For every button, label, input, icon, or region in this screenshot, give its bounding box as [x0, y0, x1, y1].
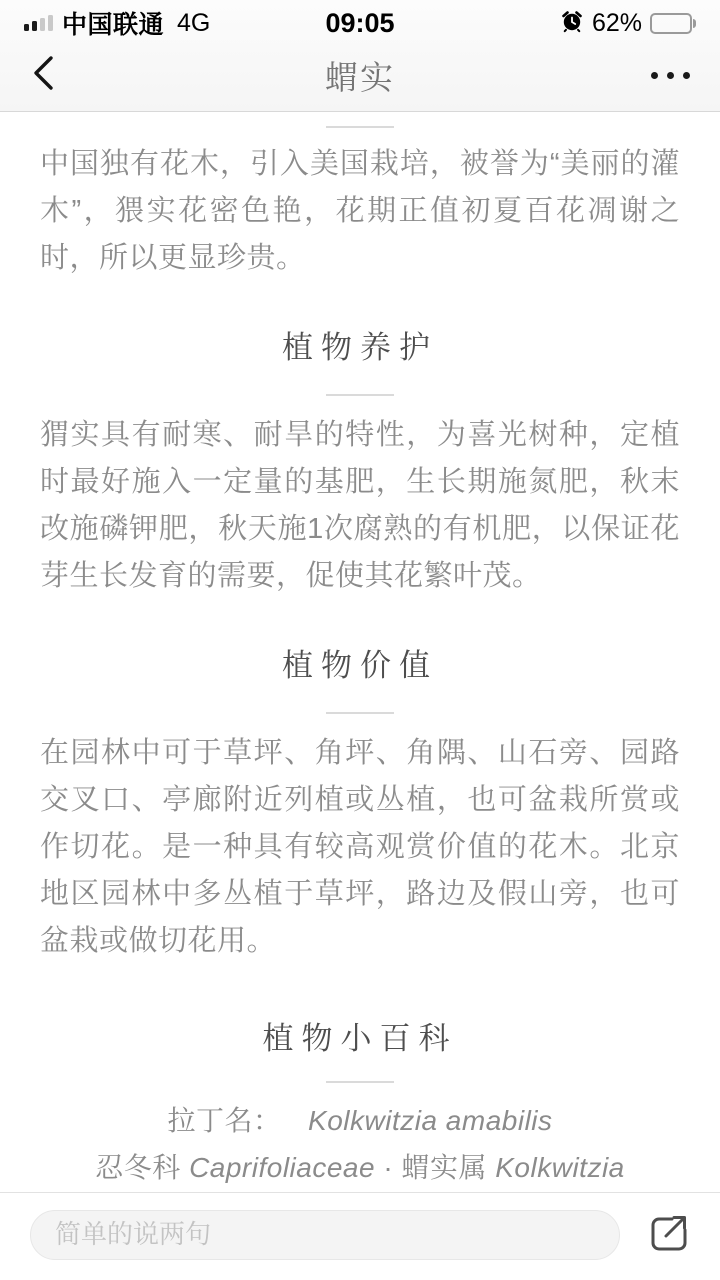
status-right: 62%: [560, 9, 696, 38]
dot-separator: ·: [383, 1152, 393, 1183]
section-heading-value: 植物价值: [40, 644, 680, 688]
genus-cn-label: 蝟实属: [401, 1152, 487, 1183]
ellipsis-icon: [651, 72, 690, 79]
status-bar: 中国联通 4G 09:05 62%: [0, 0, 720, 40]
heading-divider: [326, 1081, 394, 1083]
back-button[interactable]: [0, 44, 78, 107]
nav-bar: 蝟实: [0, 40, 720, 111]
alarm-icon: [560, 9, 584, 38]
section-divider: [326, 126, 394, 128]
network-type-label: 4G: [177, 9, 210, 38]
heading-divider: [326, 712, 394, 714]
family-cn-label: 忍冬科: [95, 1152, 181, 1183]
page-title: 蝟实: [0, 52, 720, 99]
section-heading-care: 植物养护: [40, 326, 680, 370]
latin-name-line: 拉丁名： Kolkwitzia amabilis: [40, 1097, 680, 1144]
heading-divider: [326, 394, 394, 396]
chevron-left-icon: [28, 54, 58, 97]
comment-bar: [0, 1192, 720, 1280]
genus-latin-label: Kolkwitzia: [495, 1152, 624, 1183]
battery-percent-label: 62%: [592, 9, 642, 38]
share-icon: [644, 1208, 692, 1261]
taxonomy-line: 忍冬科 Caprifoliaceae · 蝟实属 Kolkwitzia: [40, 1144, 680, 1191]
carrier-label: 中国联通: [62, 5, 164, 41]
top-chrome: 中国联通 4G 09:05 62%: [0, 0, 720, 112]
screen: 中国联通 4G 09:05 62%: [0, 0, 720, 1280]
latin-name-label: 拉丁名：: [167, 1105, 281, 1136]
section-body-care: 猬实具有耐寒、耐旱的特性，为喜光树种，定植时最好施入一定量的基肥，生长期施氮肥，…: [40, 412, 680, 600]
latin-name-value: Kolkwitzia amabilis: [308, 1105, 552, 1136]
section-body-value: 在园林中可于草坪、角坪、角隅、山石旁、园路交叉口、亭廊附近列植或丛植，也可盆栽所…: [40, 730, 680, 965]
encyclopedia-heading: 植物小百科: [40, 1017, 680, 1061]
more-button[interactable]: [621, 58, 720, 93]
family-latin-label: Caprifoliaceae: [189, 1152, 375, 1183]
status-left: 中国联通 4G: [24, 5, 210, 41]
article-content: 中国独有花木，引入美国栽培，被誉为“美丽的灌木”，猥实花密色艳，花期正值初夏百花…: [0, 126, 720, 1191]
battery-icon: [650, 13, 696, 34]
signal-strength-icon: [24, 15, 53, 31]
comment-input[interactable]: [30, 1210, 620, 1260]
intro-paragraph: 中国独有花木，引入美国栽培，被誉为“美丽的灌木”，猥实花密色艳，花期正值初夏百花…: [40, 141, 680, 282]
share-button[interactable]: [642, 1206, 694, 1263]
